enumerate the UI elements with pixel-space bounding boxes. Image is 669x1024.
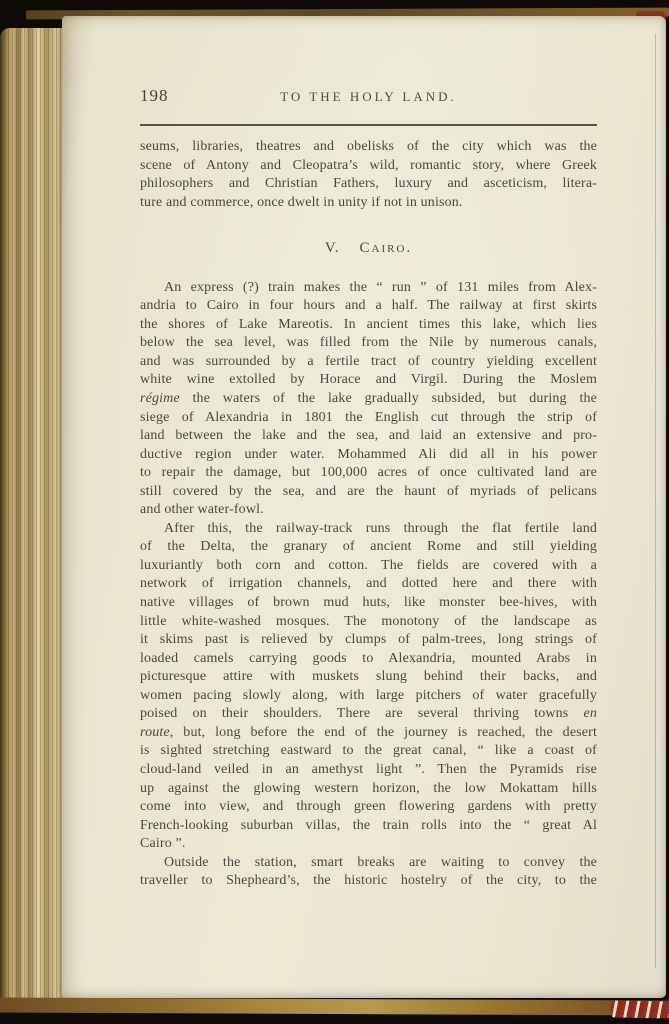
book-bottom-edge bbox=[0, 998, 669, 1016]
text-line: and was surrounded by a fertile tract of… bbox=[140, 353, 597, 372]
text-line: andria to Cairo in four hours and a half… bbox=[140, 297, 597, 316]
text-line: up against the glowing western horizon, … bbox=[140, 780, 597, 799]
text-line: the shores of Lake Mareotis. In ancient … bbox=[140, 316, 597, 335]
text-line: women pacing slowly along, with large pi… bbox=[140, 687, 597, 706]
text-line: loaded camels carrying goods to Alexandr… bbox=[140, 650, 597, 669]
text-line: cloud-land veiled in an amethyst light ”… bbox=[140, 761, 597, 780]
text-line: Outside the station, smart breaks are wa… bbox=[140, 854, 597, 873]
page-crease bbox=[655, 34, 656, 968]
text-line: below the sea level, was filled from the… bbox=[140, 334, 597, 353]
text-line: After this, the railway-track runs throu… bbox=[140, 520, 597, 539]
page-number: 198 bbox=[140, 86, 169, 106]
paragraph: Outside the station, smart breaks are wa… bbox=[140, 854, 597, 891]
paragraph: An express (?) train makes the “ run ” o… bbox=[140, 279, 597, 520]
text-line: is sighted stretching eastward to the gr… bbox=[140, 742, 597, 761]
text-line: still covered by the sea, and are the ha… bbox=[140, 483, 597, 502]
text-line: route, but, long before the end of the j… bbox=[140, 724, 597, 743]
text-line: philosophers and Christian Fathers, luxu… bbox=[140, 175, 597, 194]
book-photo: 198 TO THE HOLY LAND. seums, libraries, … bbox=[0, 0, 669, 1024]
text-line: régime the waters of the lake gradually … bbox=[140, 390, 597, 409]
text-line: little white-washed mosques. The monoton… bbox=[140, 613, 597, 632]
text-line: poised on their shoulders. There are sev… bbox=[140, 705, 597, 724]
text-line: land between the lake and the sea, and l… bbox=[140, 427, 597, 446]
text-line: traveller to Shepheard’s, the historic h… bbox=[140, 872, 597, 891]
section-heading: V.Cairo. bbox=[140, 239, 597, 258]
text-line: native villages of brown mud huts, like … bbox=[140, 594, 597, 613]
text-line: and other water-fowl. bbox=[140, 501, 597, 520]
text-line: Cairo ”. bbox=[140, 835, 597, 854]
text-line: siege of Alexandria in 1801 the English … bbox=[140, 409, 597, 428]
text-line: it skims past is relieved by clumps of p… bbox=[140, 631, 597, 650]
text-line: white wine extolled by Horace and Virgil… bbox=[140, 371, 597, 390]
text-line: An express (?) train makes the “ run ” o… bbox=[140, 279, 597, 298]
section-numeral: V. bbox=[325, 240, 340, 256]
text-line: luxuriantly both corn and cotton. The fi… bbox=[140, 557, 597, 576]
text-line: seums, libraries, theatres and obelisks … bbox=[140, 138, 597, 157]
text-line: to repair the damage, but 100,000 acres … bbox=[140, 464, 597, 483]
text-line: network of irrigation channels, and dott… bbox=[140, 575, 597, 594]
paragraph: seums, libraries, theatres and obelisks … bbox=[140, 138, 597, 212]
text-line: of the Delta, the granary of ancient Rom… bbox=[140, 538, 597, 557]
text-line: French-looking suburban villas, the trai… bbox=[140, 817, 597, 836]
page-header: 198 TO THE HOLY LAND. bbox=[140, 86, 597, 124]
headband-bottom-right bbox=[611, 1000, 669, 1018]
header-rule bbox=[140, 124, 597, 126]
page-body: seums, libraries, theatres and obelisks … bbox=[140, 138, 597, 891]
text-line: ture and commerce, once dwelt in unity i… bbox=[140, 194, 597, 213]
text-line: ductive region under water. Mohammed Ali… bbox=[140, 446, 597, 465]
page-text-column: 198 TO THE HOLY LAND. seums, libraries, … bbox=[140, 86, 597, 891]
text-line: scene of Antony and Cleopatra’s wild, ro… bbox=[140, 157, 597, 176]
text-line: come into view, and through green flower… bbox=[140, 798, 597, 817]
section-title: Cairo. bbox=[360, 240, 413, 256]
text-line: picturesque attire with muskets slung be… bbox=[140, 668, 597, 687]
paragraph: After this, the railway-track runs throu… bbox=[140, 520, 597, 854]
running-title: TO THE HOLY LAND. bbox=[280, 89, 457, 105]
